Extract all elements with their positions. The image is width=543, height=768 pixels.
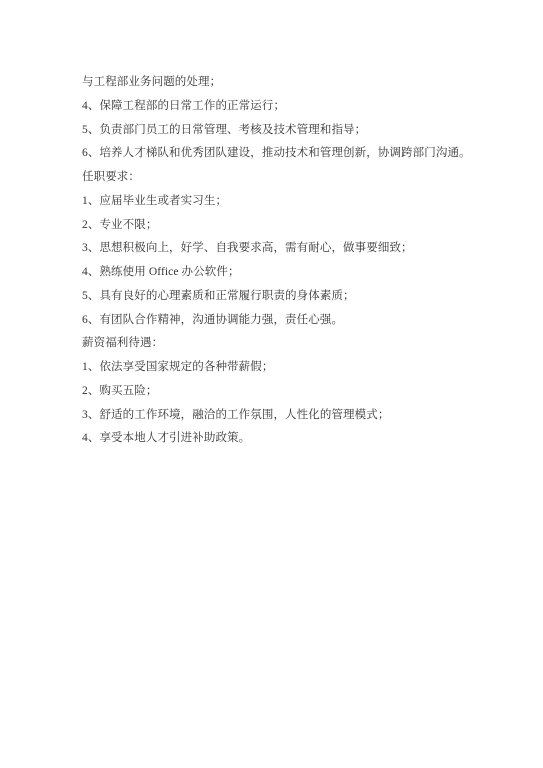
benefit-item-2: 2、购买五险；	[82, 380, 512, 404]
section-heading-benefits: 薪资福利待遇：	[82, 332, 512, 356]
document-text-block: 与工程部业务问题的处理； 4、保障工程部的日常工作的正常运行； 5、负责部门员工…	[82, 71, 512, 451]
duty-item-4: 4、保障工程部的日常工作的正常运行；	[82, 95, 512, 119]
document-page: 与工程部业务问题的处理； 4、保障工程部的日常工作的正常运行； 5、负责部门员工…	[0, 0, 543, 768]
requirement-item-2: 2、专业不限；	[82, 214, 512, 238]
benefit-item-3: 3、舒适的工作环境，融洽的工作氛围，人性化的管理模式；	[82, 404, 512, 428]
requirement-item-6: 6、有团队合作精神，沟通协调能力强，责任心强。	[82, 309, 512, 333]
duty-continuation-line: 与工程部业务问题的处理；	[82, 71, 512, 95]
section-heading-requirements: 任职要求：	[82, 166, 512, 190]
duty-item-6: 6、培养人才梯队和优秀团队建设，推动技术和管理创新，协调跨部门沟通。	[82, 142, 512, 166]
benefit-item-4: 4、享受本地人才引进补助政策。	[82, 427, 512, 451]
requirement-item-4: 4、熟练使用 Office 办公软件；	[82, 261, 512, 285]
duty-item-5: 5、负责部门员工的日常管理、考核及技术管理和指导；	[82, 119, 512, 143]
requirement-item-1: 1、应届毕业生或者实习生；	[82, 190, 512, 214]
requirement-item-5: 5、具有良好的心理素质和正常履行职责的身体素质；	[82, 285, 512, 309]
benefit-item-1: 1、依法享受国家规定的各种带薪假；	[82, 356, 512, 380]
requirement-item-3: 3、思想积极向上，好学、自我要求高，需有耐心，做事要细致；	[82, 237, 512, 261]
